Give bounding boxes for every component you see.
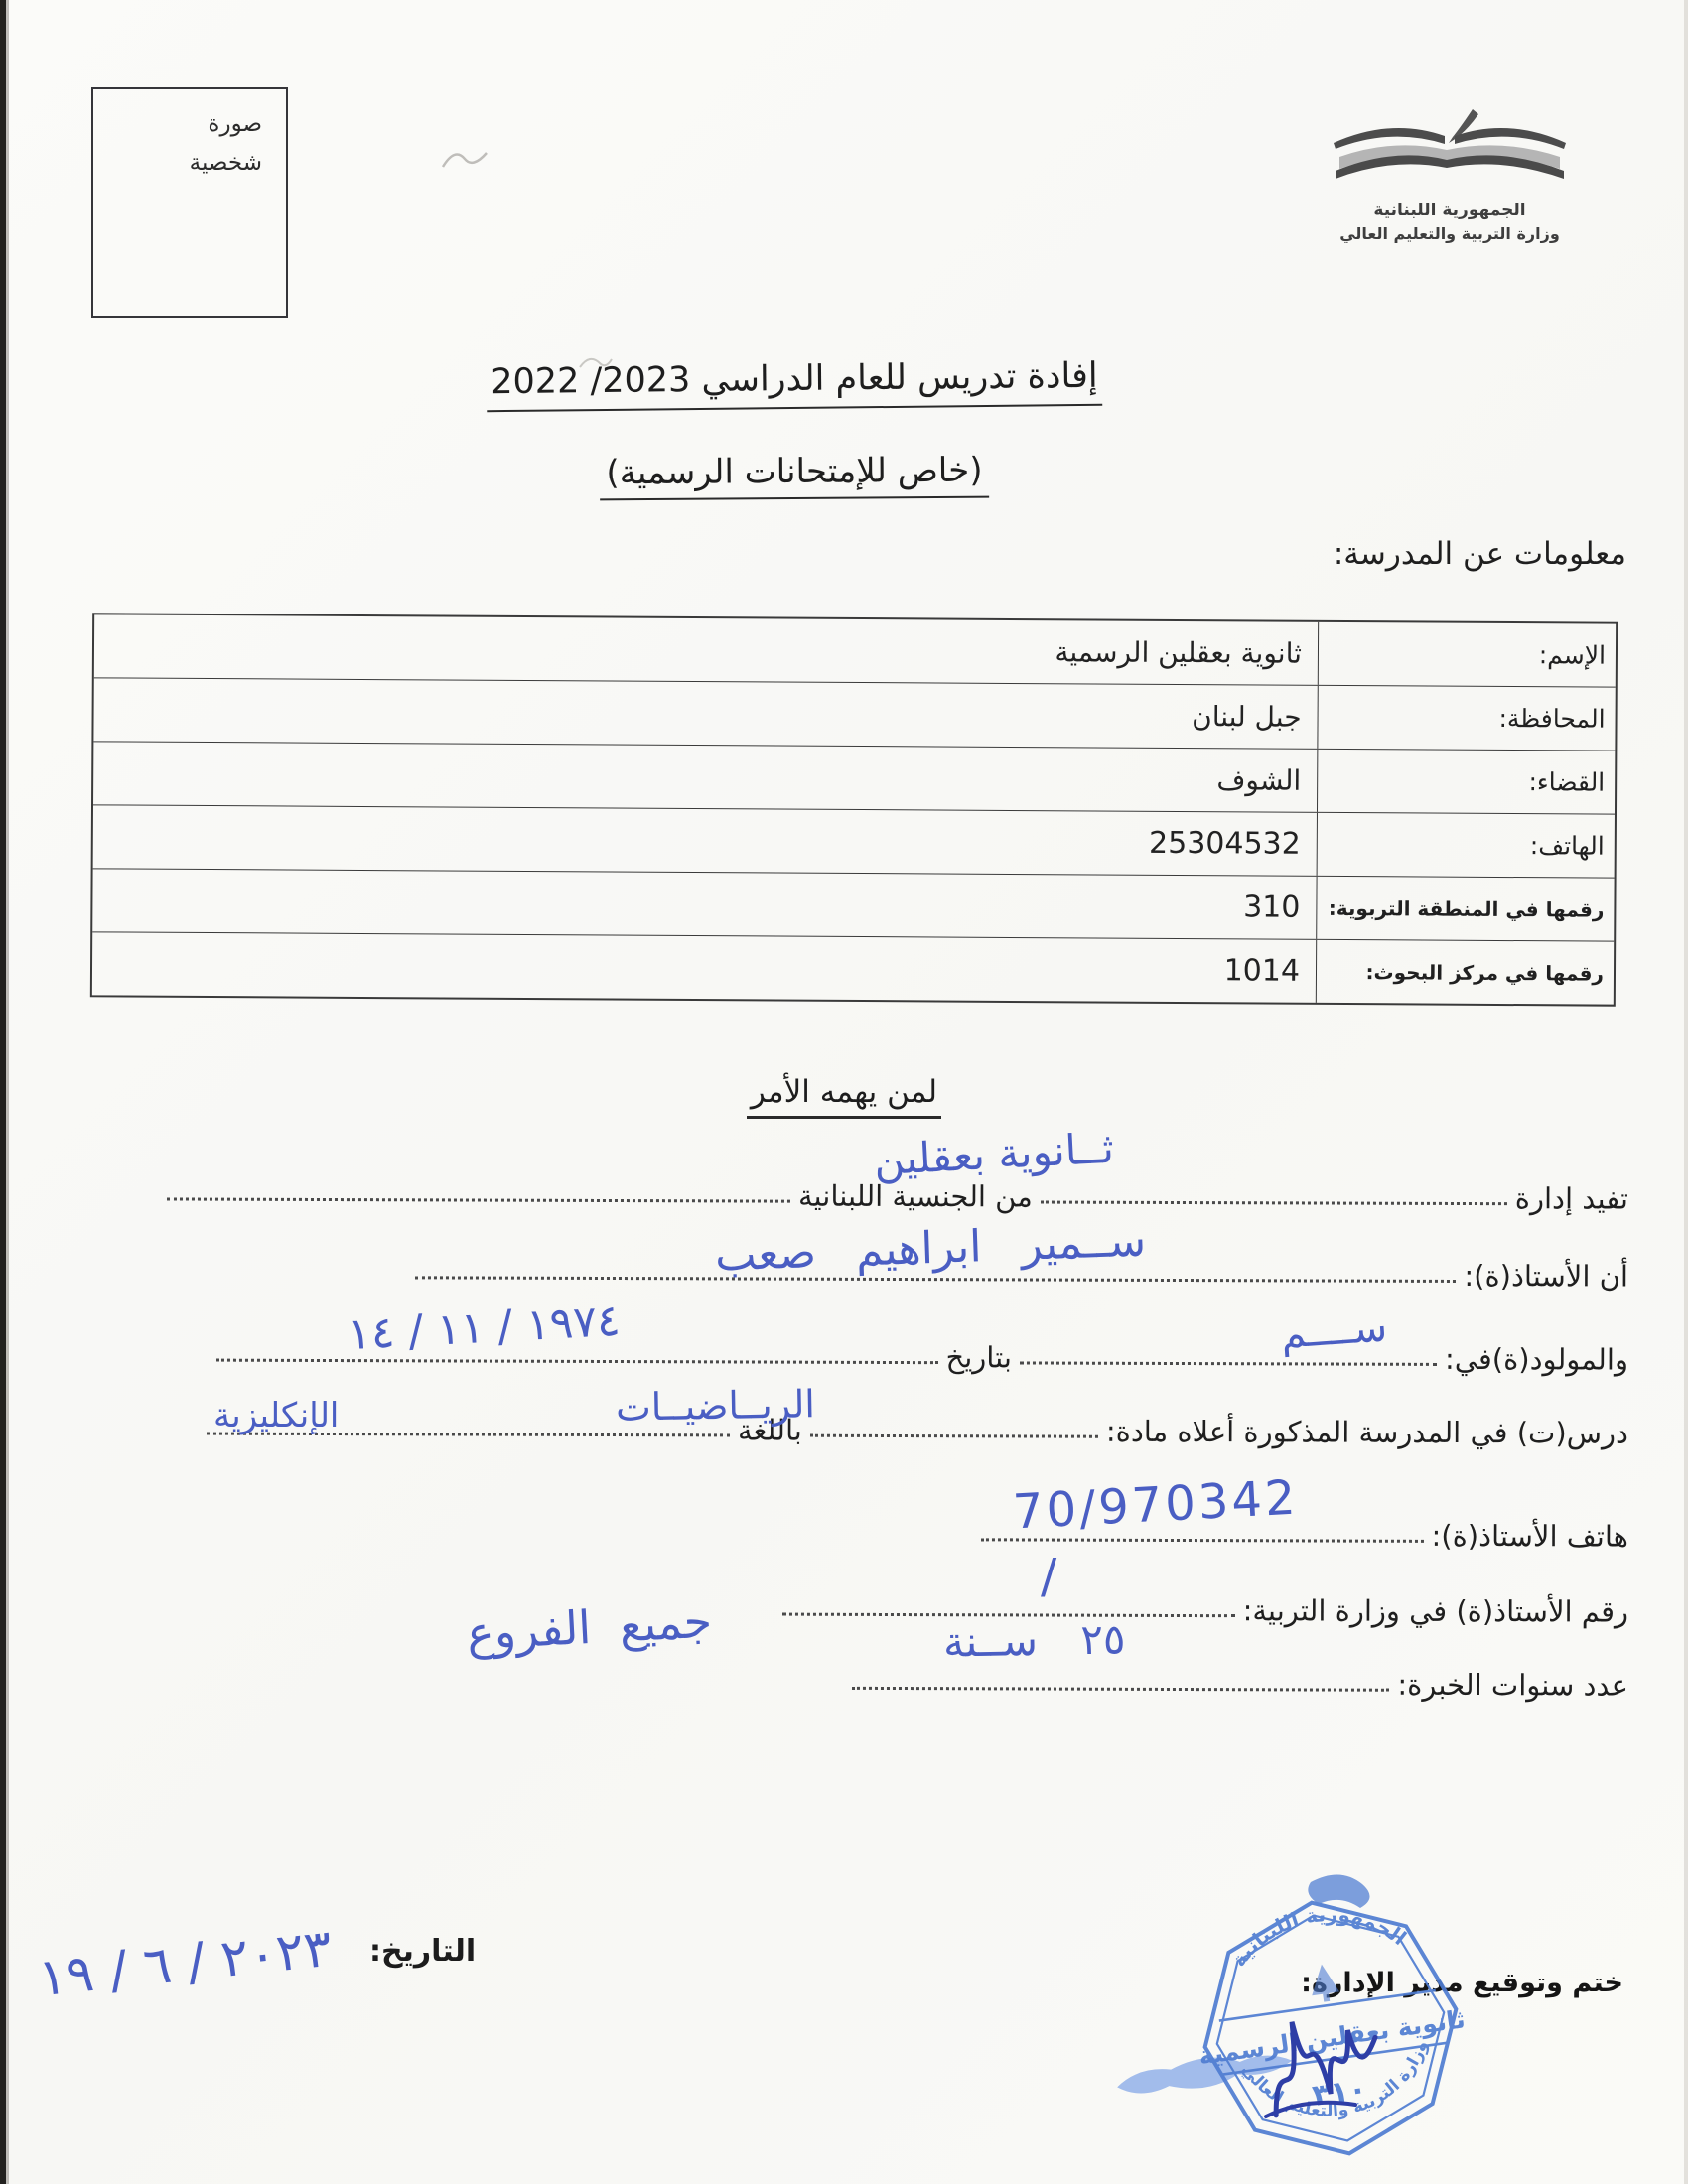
table-row: المحافظة: جبل لبنان (93, 678, 1615, 751)
form-line-phone: هاتف الأستاذ(ة): (159, 1514, 1628, 1553)
pencil-scribble-icon (435, 139, 494, 179)
row-label: رقمها في المنطقة التربوية: (1316, 877, 1614, 941)
row-value: 310 (92, 883, 1316, 925)
dotted-leader (415, 1272, 1456, 1283)
form-line-experience: عدد سنوات الخبرة: (159, 1663, 1628, 1702)
ministry-logo-block: الجمهورية اللبنانية وزارة التربية والتعل… (1261, 107, 1638, 243)
letter-heading: لمن يهمه الأمر (747, 1074, 941, 1119)
open-book-logo-icon (1326, 107, 1574, 199)
table-row: الهاتف: 25304532 (93, 805, 1615, 878)
row-label: رقمها في مركز البحوث: (1316, 940, 1614, 1005)
row-label: المحافظة: (1317, 686, 1615, 751)
row-value: 1014 (92, 946, 1316, 989)
table-row: رقمها في المنطقة التربوية: 310 (92, 869, 1614, 941)
dotted-leader (167, 1193, 790, 1202)
date-label: التاريخ: (369, 1934, 476, 1969)
table-row: القضاء: الشوف (93, 742, 1615, 814)
personal-photo-box: صورة شخصية (91, 87, 288, 318)
dotted-leader (810, 1431, 1098, 1438)
scan-edge-shadow-soft (6, 0, 9, 2184)
line-mid-label: بتاريخ (945, 1340, 1012, 1374)
document-title-wrap: إفادة تدريس للعام الدراسي 2022 /2023 (427, 355, 1162, 413)
photo-box-label-line2: شخصية (117, 144, 262, 183)
scanned-document-page: صورة شخصية الجمهورية اللبنانية وزارة الت… (0, 0, 1688, 2184)
form-line-subject: درس(ت) في المدرسة المذكورة أعلاه مادة: ب… (159, 1411, 1628, 1449)
row-value: الشوف (93, 756, 1317, 797)
handwriting-date: ٢٠٢٣ / ٦ / ١٩ (36, 1919, 335, 2009)
handwriting-all-branches: جميع الفروع (466, 1594, 714, 1661)
letter-heading-wrap: لمن يهمه الأمر (596, 1074, 1092, 1119)
line-prefix: درس(ت) في المدرسة المذكورة أعلاه مادة: (1106, 1415, 1628, 1450)
line-prefix: أن الأستاذ(ة): (1464, 1259, 1628, 1294)
dotted-leader (216, 1355, 938, 1365)
handwriting-subject: الريــاضيــات (616, 1382, 816, 1429)
document-subtitle: (خاص للإمتحانات الرسمية) (600, 451, 988, 501)
row-label: الهاتف: (1317, 813, 1615, 878)
line-prefix: رقم الأستاذ(ة) في وزارة التربية: (1243, 1593, 1628, 1628)
row-value: ثانوية بعقلين الرسمية (94, 629, 1318, 670)
academic-year: 2022 /2023 (491, 360, 690, 402)
republic-name: الجمهورية اللبنانية (1261, 201, 1638, 220)
table-row: الإسم: ثانوية بعقلين الرسمية (94, 614, 1616, 687)
table-row: رقمها في مركز البحوث: 1014 (92, 932, 1614, 1004)
document-subtitle-wrap: (خاص للإمتحانات الرسمية) (556, 450, 1033, 500)
row-label: الإسم: (1318, 622, 1616, 687)
dotted-leader (852, 1683, 1389, 1692)
row-value: 25304532 (93, 819, 1317, 862)
line-prefix: هاتف الأستاذ(ة): (1431, 1519, 1628, 1554)
ministry-name: وزارة التربية والتعليم العالي (1261, 224, 1638, 243)
document-title-text: إفادة تدريس للعام الدراسي (701, 356, 1098, 400)
handwriting-slash: / (1041, 1549, 1056, 1604)
school-info-table: الإسم: ثانوية بعقلين الرسمية المحافظة: ج… (90, 613, 1618, 1006)
handwriting-years-experience: ٢٥ ســنة (943, 1614, 1126, 1666)
scan-edge-right (1684, 0, 1688, 2184)
handwriting-birthplace: ســــم (1280, 1304, 1389, 1357)
handwriting-school-name: ثــانوية بعقلين (873, 1124, 1115, 1185)
dotted-leader (1041, 1197, 1507, 1206)
signature-scrawl (1236, 1948, 1405, 2136)
handwriting-language: الإنكليزية (213, 1396, 339, 1435)
row-label: القضاء: (1317, 750, 1615, 814)
photo-box-label-line1: صورة (117, 105, 262, 144)
dotted-leader (1020, 1357, 1437, 1365)
line-prefix: تفيد إدارة (1515, 1181, 1628, 1215)
line-suffix: من الجنسية اللبنانية (798, 1179, 1033, 1214)
form-line-ministry-number: رقم الأستاذ(ة) في وزارة التربية: (159, 1589, 1628, 1628)
document-title: إفادة تدريس للعام الدراسي 2022 /2023 (487, 356, 1102, 412)
school-info-heading: معلومات عن المدرسة: (1334, 536, 1626, 572)
line-prefix: عدد سنوات الخبرة: (1397, 1668, 1628, 1703)
row-value: جبل لبنان (93, 693, 1317, 734)
line-prefix: والمولود(ة)في: (1445, 1342, 1628, 1377)
